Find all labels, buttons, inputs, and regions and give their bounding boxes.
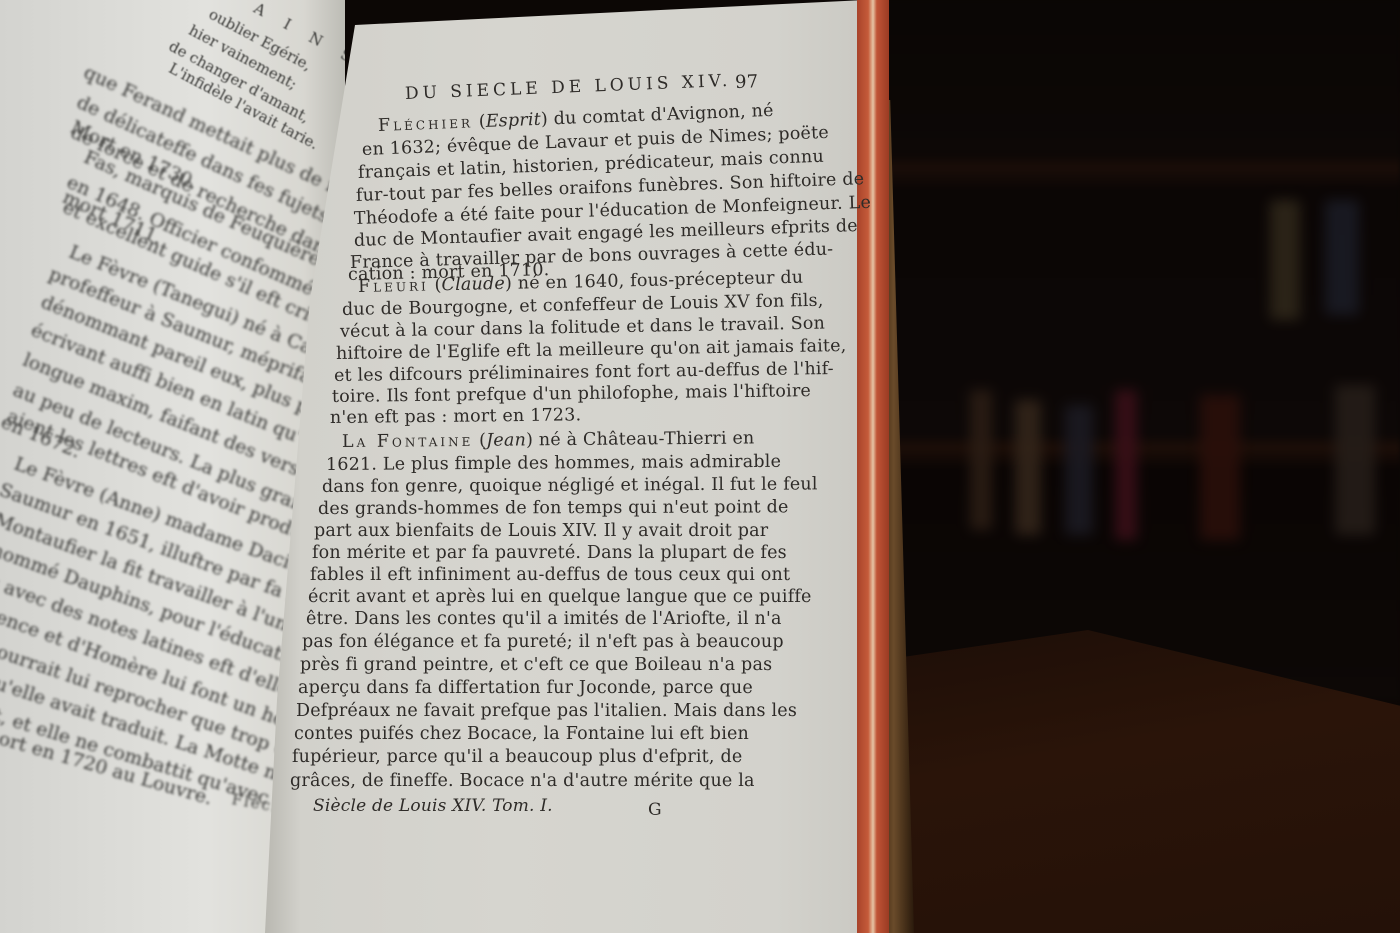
signature-title: Siècle de Louis XIV. Tom. I.	[313, 796, 553, 816]
right-page-text: DU SIECLE DE LOUIS XIV. 97 Fléchier (Esp…	[0, 0, 1400, 933]
page-footer: Siècle de Louis XIV. Tom. I.	[313, 796, 553, 816]
page-number: 97	[735, 71, 759, 93]
photo-scene: A I N S oublier Egérie, hier vainement; …	[0, 0, 1400, 933]
signature-mark: G	[648, 800, 662, 820]
entry-heading: La Fontaine (Jean) né à Château-Thierri …	[342, 428, 755, 452]
running-head: DU SIECLE DE LOUIS XIV.	[405, 71, 732, 104]
